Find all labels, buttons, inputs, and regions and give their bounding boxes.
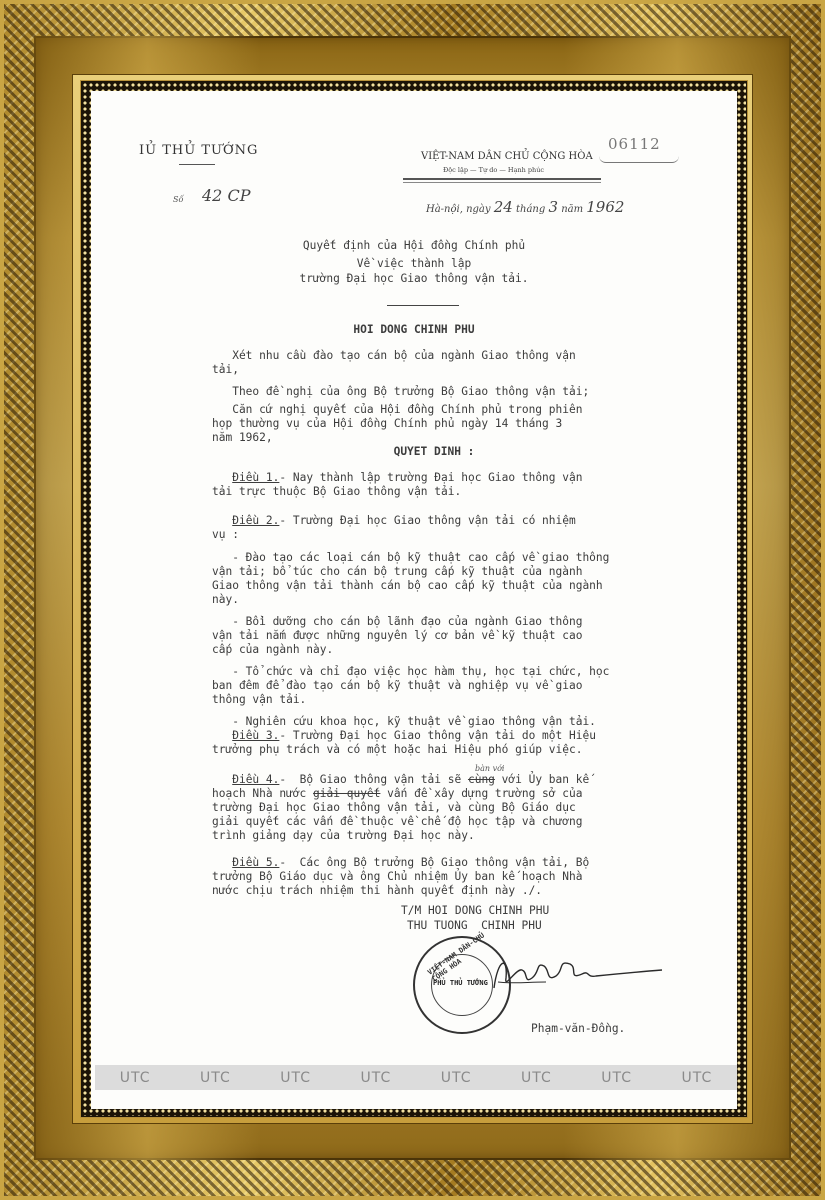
archive-stamp-number: 06112 [608, 135, 661, 153]
watermark-text: UTC [360, 1070, 391, 1086]
decision-heading: QUYET DINH : [111, 445, 737, 459]
article-label: Điều 1. [232, 471, 279, 484]
watermark-text: UTC [681, 1070, 712, 1086]
handwritten-correction: bàn với [475, 762, 504, 776]
article-label: Điều 4. [232, 773, 279, 786]
date-year: 1962 [586, 198, 624, 216]
decision-subject-line1: Về việc thành lập [91, 257, 737, 271]
signer-name: Phạm-văn-Đồng. [531, 1022, 625, 1036]
preamble: Xét nhu cầu đào tạo cán bộ của ngành Gia… [212, 349, 632, 445]
header-rule [403, 178, 601, 180]
picture-frame: IỦ THỦ TƯỚNG Số 42 CP 06112 VIỆT-NAM DÂN… [0, 0, 825, 1200]
issuer-heading: IỦ THỦ TƯỚNG [139, 143, 258, 158]
doc-number: 42 CP [202, 186, 250, 205]
watermark-text: UTC [601, 1070, 632, 1086]
national-motto: Độc lập — Tự do — Hạnh phúc [443, 166, 544, 174]
article-2-item: - Đào tạo các loại cán bộ kỹ thuật cao c… [212, 551, 632, 607]
article-3: Điều 3.- Trường Đại học Giao thông vận t… [212, 729, 632, 757]
article-2-item: - Bồi dưỡng cho cán bộ lãnh đạo của ngàn… [212, 615, 632, 657]
watermark-text: UTC [200, 1070, 231, 1086]
handwritten-signature [486, 948, 666, 998]
preamble-paragraph: Xét nhu cầu đào tạo cán bộ của ngành Gia… [212, 349, 632, 377]
watermark-text: UTC [521, 1070, 552, 1086]
title-divider [387, 305, 459, 306]
date-month: 3 [548, 198, 558, 216]
article-1: Điều 1.- Nay thành lập trường Đại học Gi… [212, 471, 632, 499]
article-label: Điều 3. [232, 729, 279, 742]
watermark-band: UTC UTC UTC UTC UTC UTC UTC UTC [95, 1065, 737, 1090]
seal-center-text: PHỦ THỦ TƯỚNG [433, 979, 488, 987]
header-rule-thin [403, 182, 601, 183]
doc-number-label: Số [173, 195, 183, 204]
struck-word: giải quyết [313, 787, 380, 800]
article-2-item: - Nghiên cứu khoa học, kỹ thuật về giao … [212, 715, 632, 729]
article-label: Điều 5. [232, 856, 279, 869]
council-heading: HOI DONG CHINH PHU [91, 323, 737, 337]
article-2-item: - Tổ chức và chỉ đạo việc học hàm thụ, h… [212, 665, 632, 707]
date-day: 24 [494, 198, 513, 216]
watermark-text: UTC [280, 1070, 311, 1086]
article-2: Điều 2.- Trường Đại học Giao thông vận t… [212, 514, 632, 729]
article-5: Điều 5.- Các ông Bộ trưởng Bộ Giao thông… [212, 856, 632, 898]
preamble-paragraph: Theo đề nghị của ông Bộ trưởng Bộ Giao t… [212, 385, 632, 399]
signature-on-behalf: T/M HOI DONG CHINH PHU [401, 904, 549, 918]
place-date: Hà-nội, ngày 24 tháng 3 năm 1962 [426, 198, 624, 216]
article-label: Điều 2. [232, 514, 279, 527]
signature-title: THU TUONG CHINH PHU [407, 919, 542, 933]
watermark-text: UTC [441, 1070, 472, 1086]
watermark-text: UTC [120, 1070, 151, 1086]
document-paper: IỦ THỦ TƯỚNG Số 42 CP 06112 VIỆT-NAM DÂN… [91, 91, 737, 1109]
archive-stamp-underline [599, 156, 679, 163]
decision-title: Quyết định của Hội đồng Chính phủ [91, 239, 737, 253]
decision-subject-line2: trường Đại học Giao thông vận tải. [91, 272, 737, 286]
preamble-paragraph: Căn cứ nghị quyết của Hội đồng Chính phủ… [212, 403, 632, 445]
country-heading: VIỆT-NAM DÂN CHỦ CỘNG HÒA [421, 151, 593, 162]
article-4: bàn với Điều 4.- Bộ Giao thông vận tải s… [212, 773, 632, 843]
issuer-underline [179, 164, 215, 165]
